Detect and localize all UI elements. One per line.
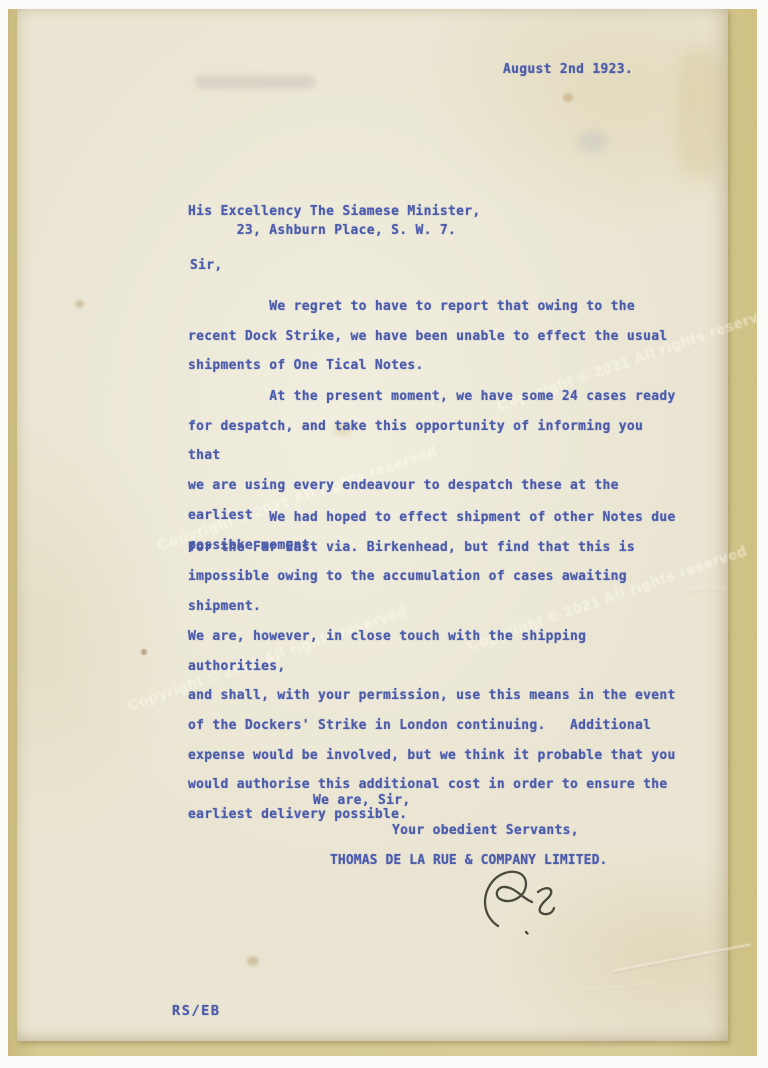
fox-spot	[141, 649, 147, 655]
closing-we-are-sir: We are, Sir,	[313, 793, 411, 808]
paragraph-dock-strike: We regret to have to report that owing t…	[188, 292, 680, 381]
paragraph-birkenhead: We had hoped to effect shipment of other…	[188, 503, 680, 830]
edge-discoloration	[677, 49, 722, 179]
salutation: Sir,	[190, 258, 223, 273]
fox-spot	[247, 956, 259, 966]
fox-spot	[563, 93, 573, 102]
letter-page: Copyright © 2021 All rights reserved Cop…	[17, 9, 728, 1041]
paper-crease	[572, 983, 657, 992]
faded-stamp	[195, 75, 315, 89]
signature-monogram	[470, 862, 575, 940]
paper-crease	[682, 587, 728, 592]
letter-date: August 2nd 1923.	[503, 62, 633, 77]
ink-smudge	[577, 131, 607, 153]
recipient-address: His Excellency The Siamese Minister, 23,…	[188, 203, 481, 240]
fox-spot	[75, 300, 84, 308]
closing-obedient-servants: Your obedient Servants,	[392, 823, 579, 838]
scanned-letter: Copyright © 2021 All rights reserved Cop…	[0, 0, 768, 1068]
reference-initials: RS/EB	[172, 1003, 221, 1019]
